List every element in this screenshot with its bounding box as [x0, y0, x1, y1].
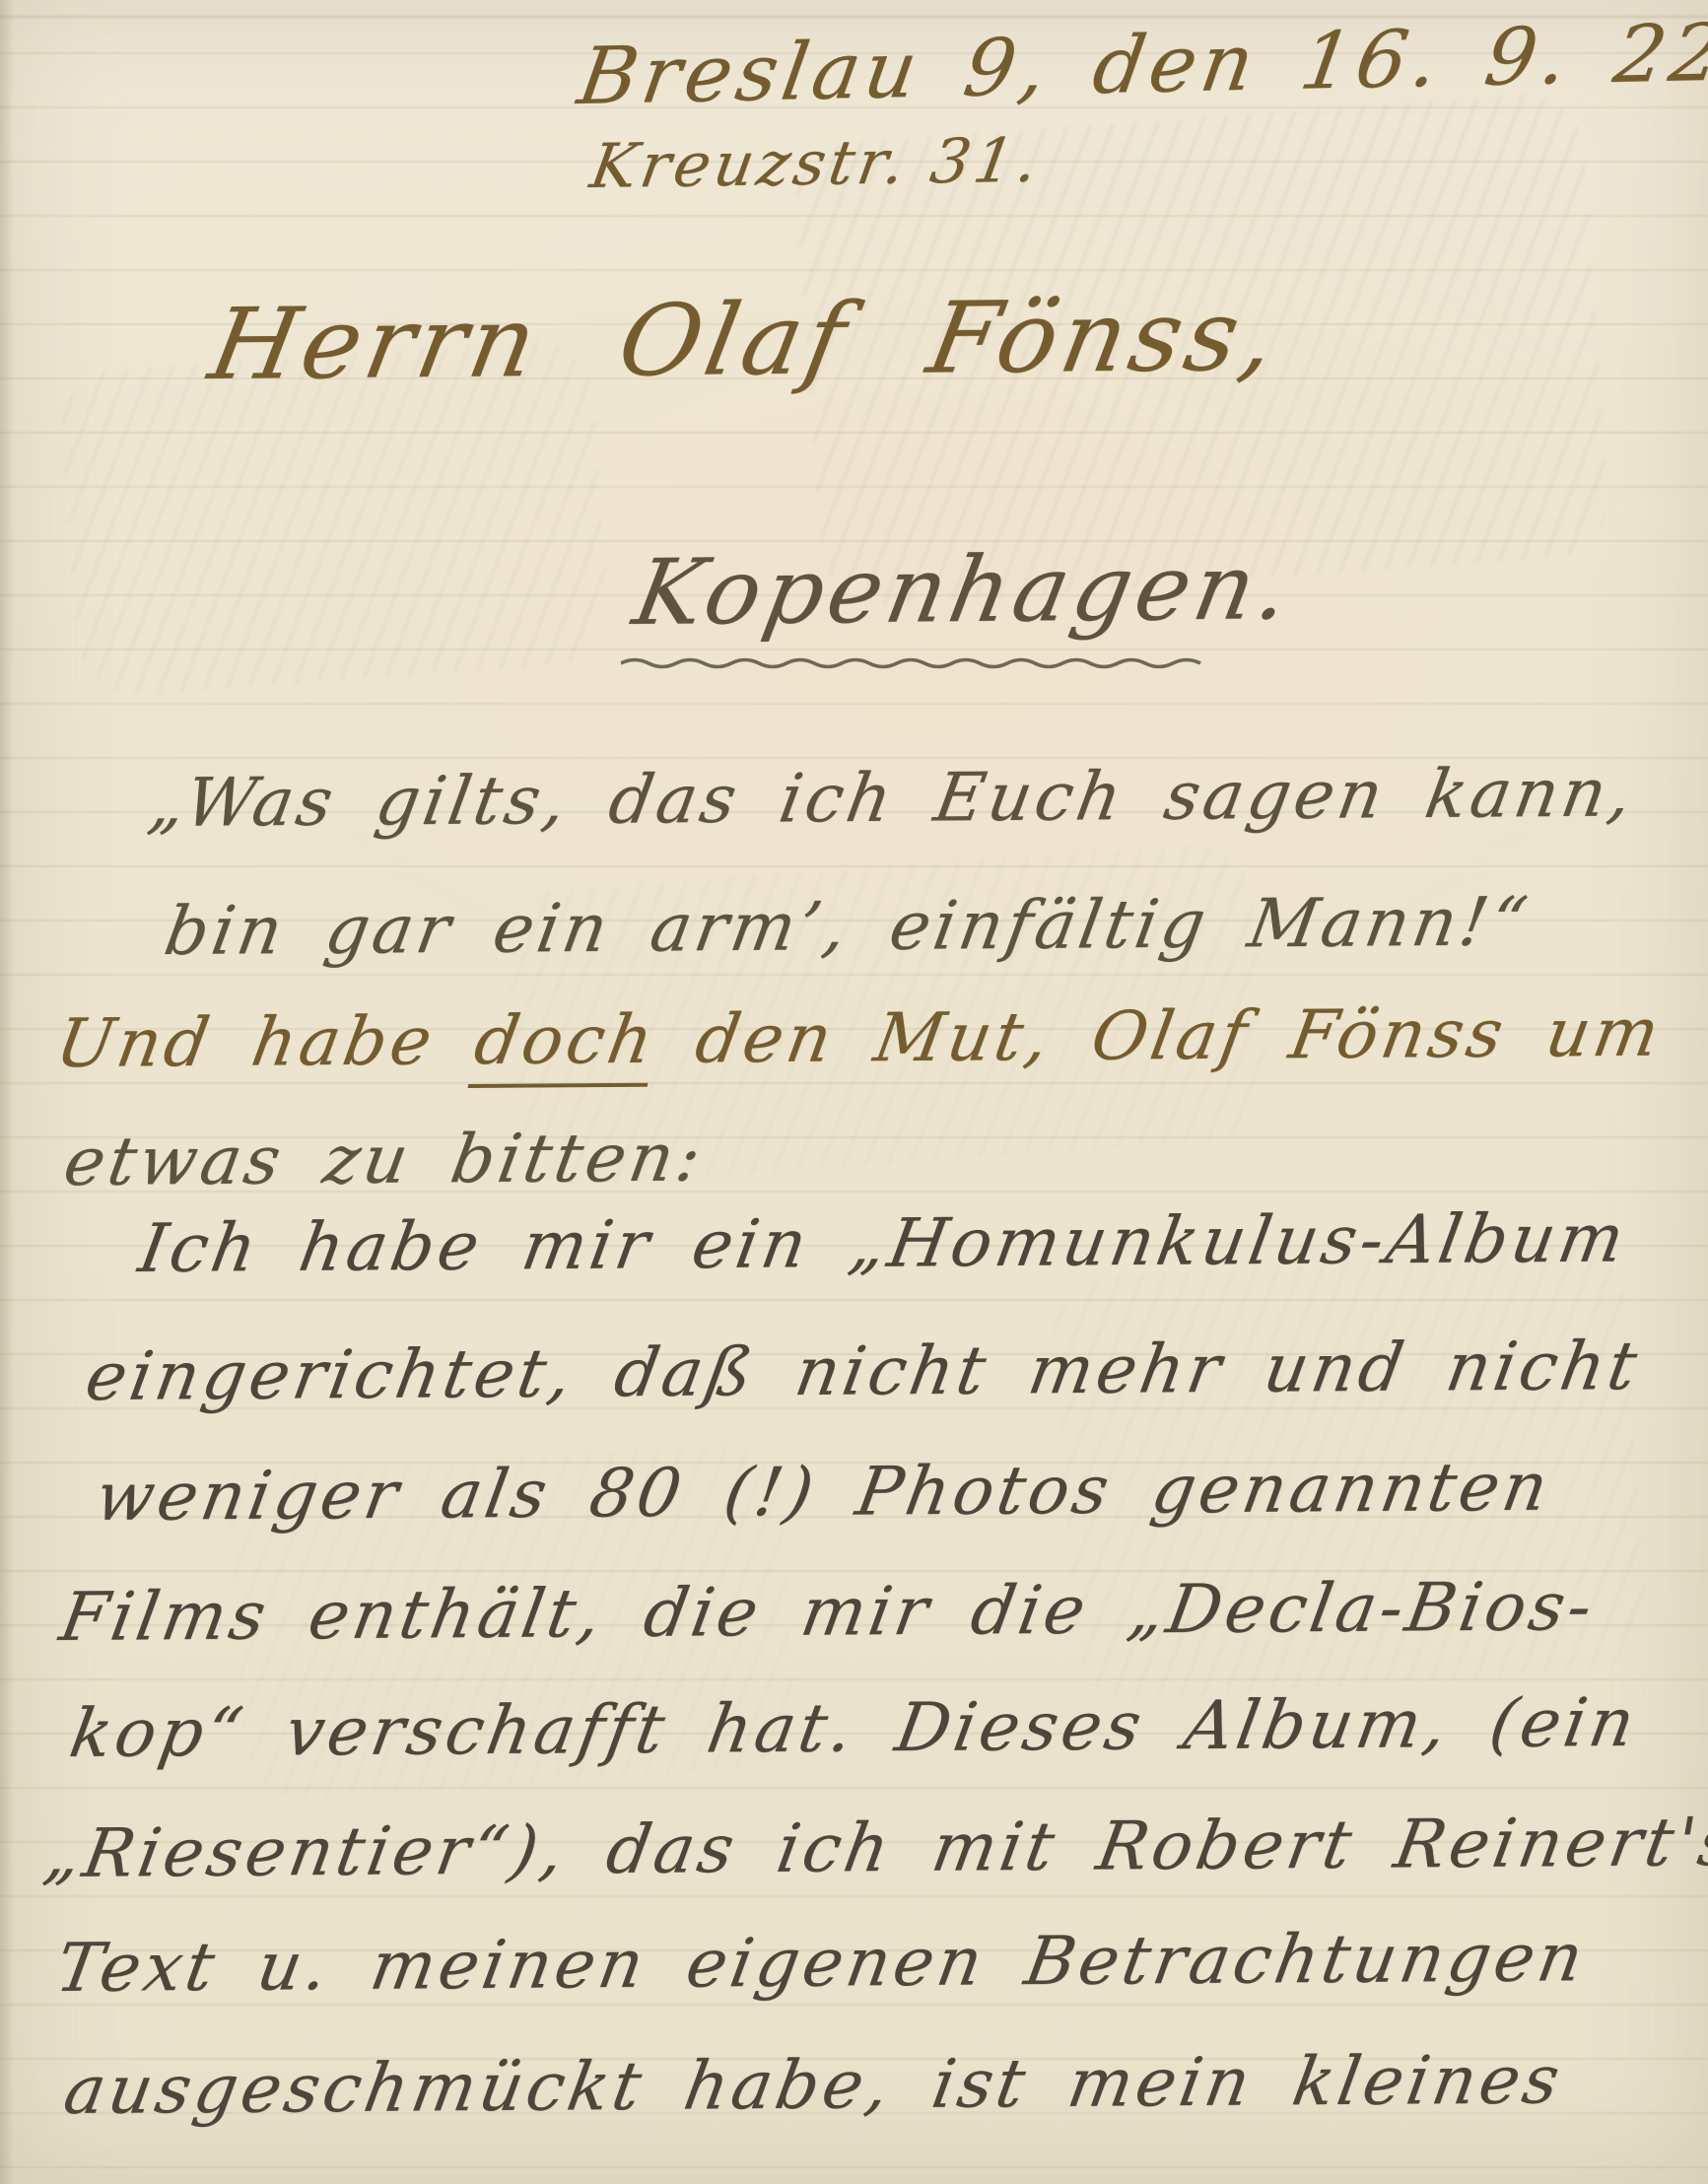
body-line: weniger als 80 (!) Photos genannten [91, 1455, 1555, 1532]
body-line-segment: den Mut, Olaf Fönss um [649, 994, 1668, 1079]
body-line: eingerichtet, daß nicht mehr und nicht [81, 1333, 1645, 1411]
recipient-salutation: Herrn Olaf Fönss, [203, 287, 1288, 394]
street-address-line: Kreuzstr. 31. [586, 130, 1046, 197]
place-date-line: Breslau 9, den 16. 9. 22. [574, 13, 1708, 116]
paper-edge [0, 0, 14, 2184]
body-line: Text u. meinen eigenen Betrachtungen [51, 1925, 1591, 2003]
body-line: bin gar ein arm’, einfältig Mann!“ [160, 889, 1535, 966]
body-line: Und habe doch den Mut, Olaf Fönss um [51, 1000, 1667, 1078]
recipient-city: Kopenhagen. [627, 542, 1300, 639]
body-line: kop“ verschafft hat. Dieses Album, (ein [65, 1690, 1643, 1768]
body-line: Ich habe mir ein „Homunkulus-Album [134, 1205, 1632, 1283]
body-line: „Was gilts, das ich Euch sagen kann, [144, 760, 1640, 838]
body-line: ausgeschmückt habe, ist mein kleines [59, 2047, 1567, 2125]
body-line-segment: Und habe [50, 1002, 482, 1083]
body-line: Films enthält, die mir die „Decla-Bios- [55, 1574, 1601, 1652]
body-line: „Riesentier“), das ich mit Robert Reiner… [39, 1809, 1708, 1888]
underlined-word: doch [468, 1001, 662, 1088]
letter-page: Breslau 9, den 16. 9. 22. Kreuzstr. 31. … [0, 0, 1708, 2184]
wavy-underline [621, 654, 1212, 670]
body-line: etwas zu bitten: [59, 1125, 709, 1196]
